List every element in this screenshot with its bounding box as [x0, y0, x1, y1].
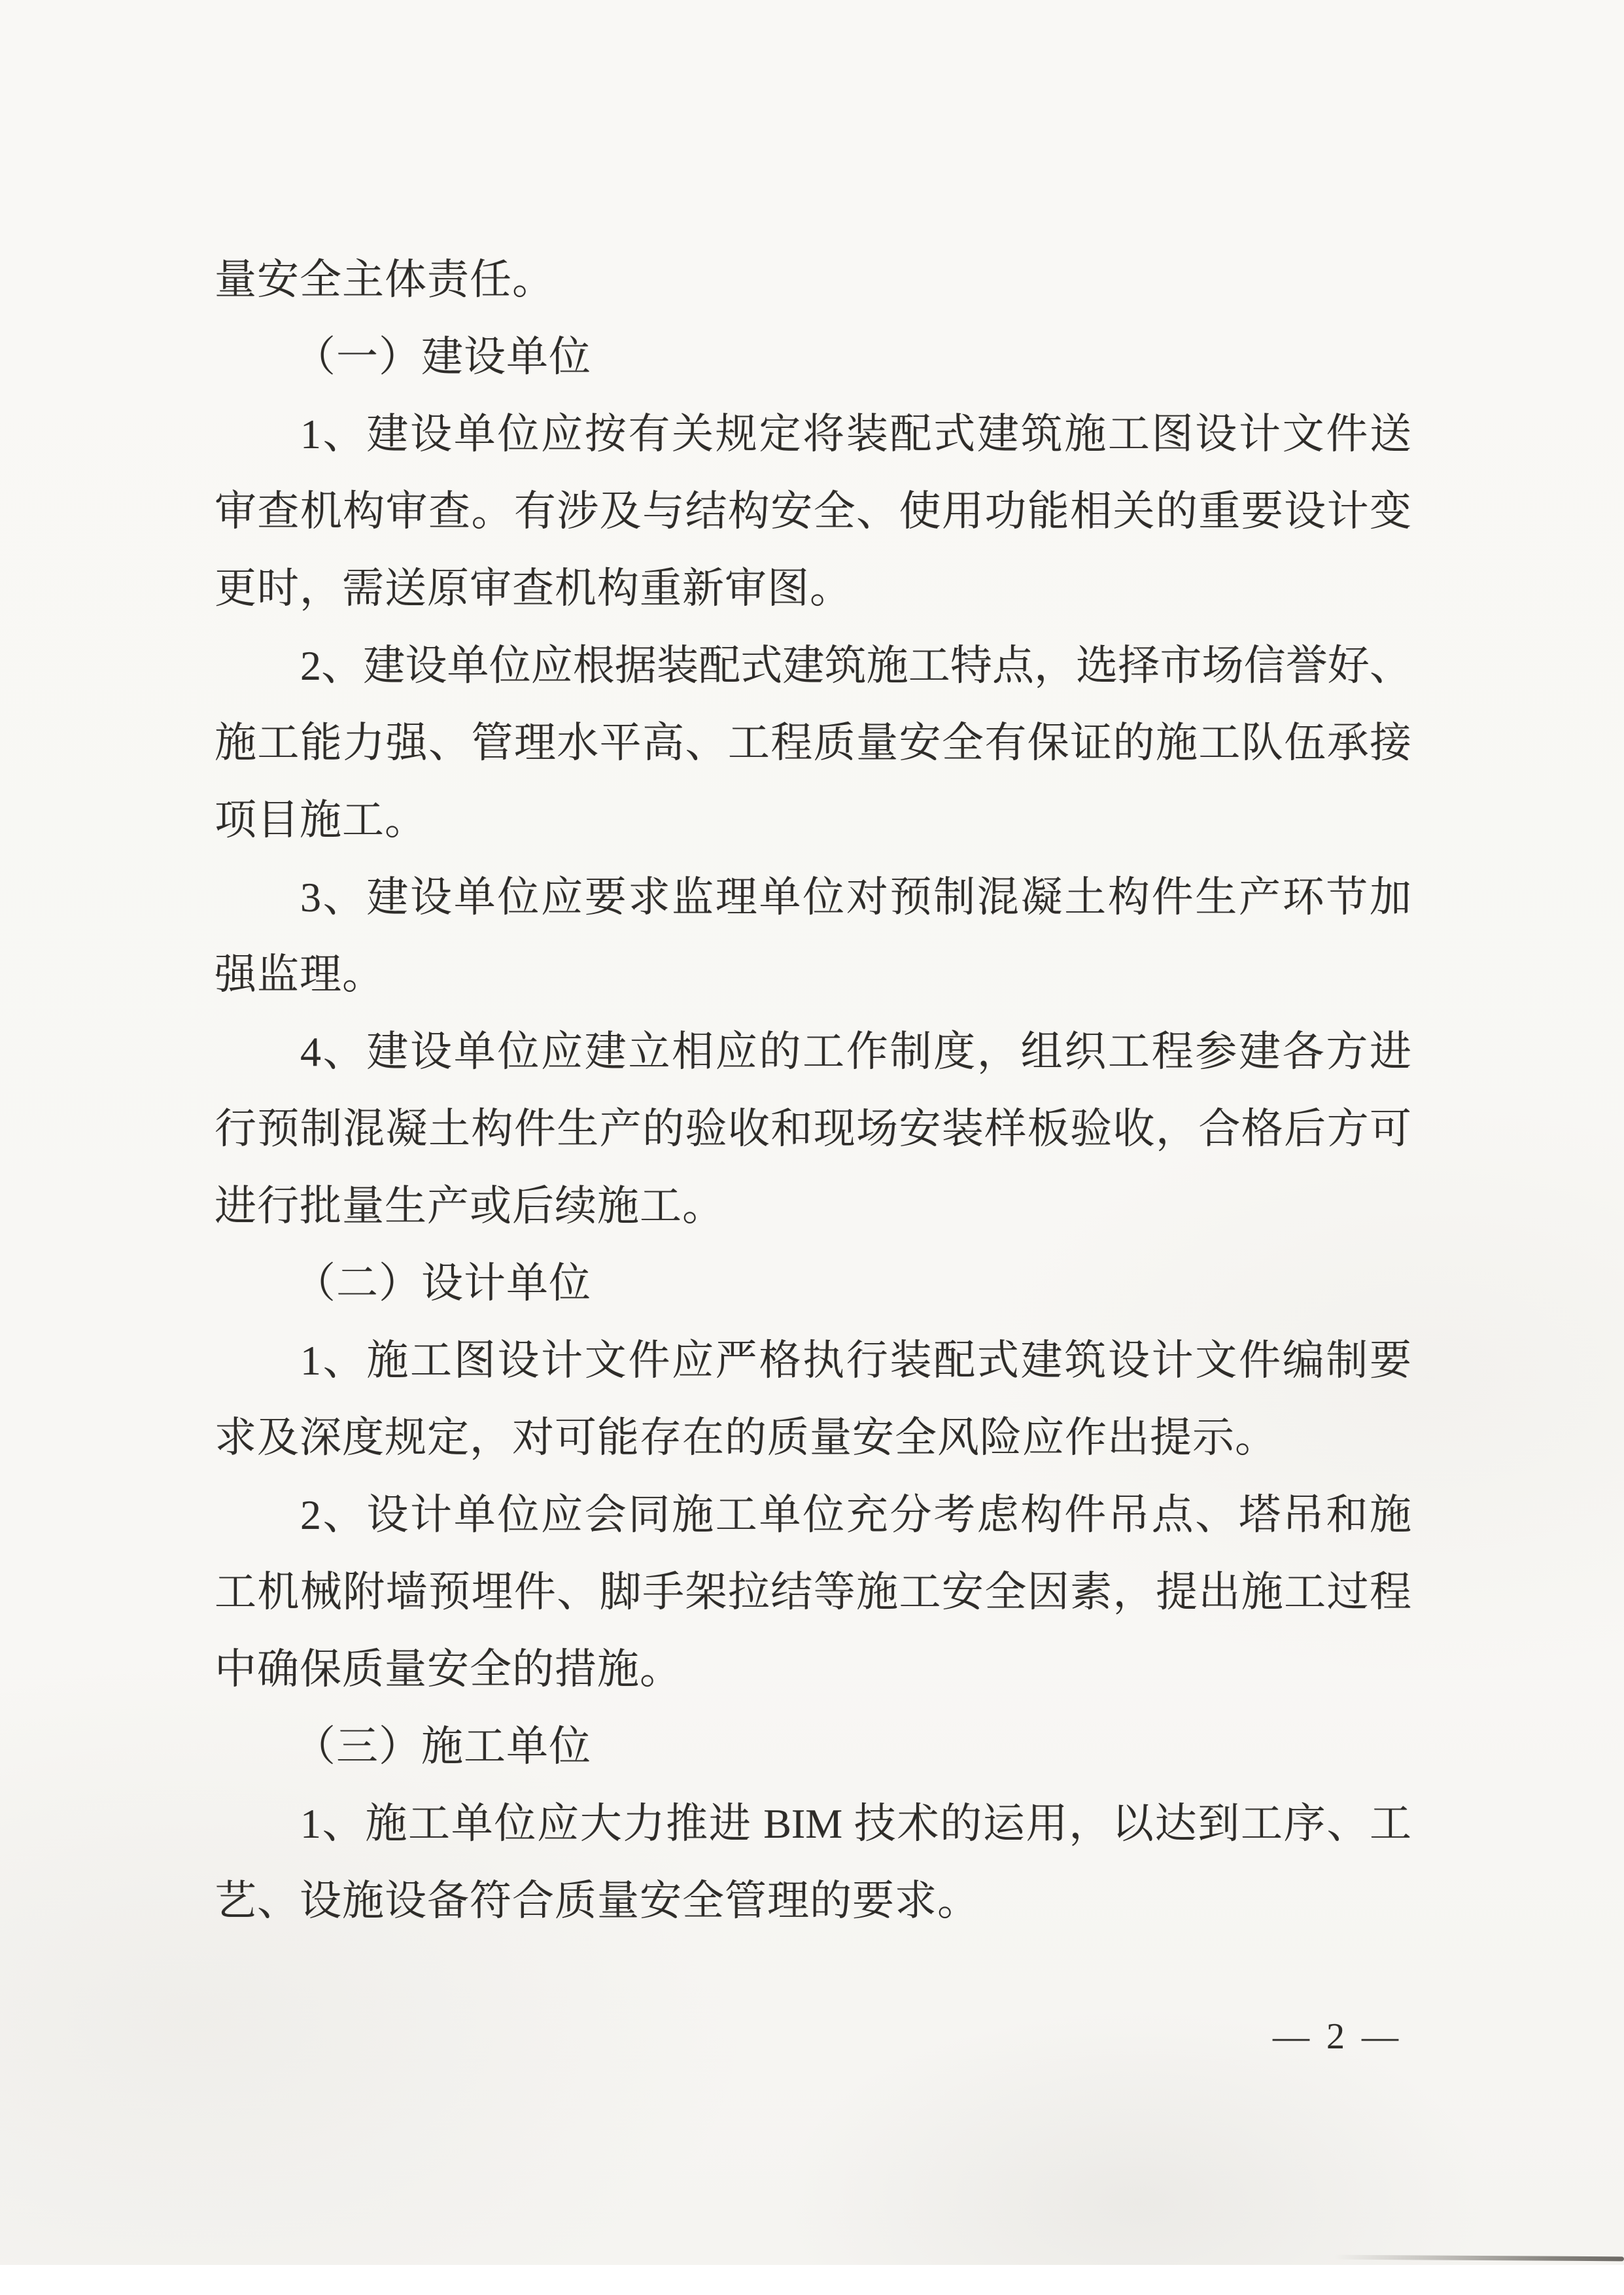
document-line: 量安全主体责任。: [215, 241, 1411, 319]
document-line: 1、施工单位应大力推进 BIM 技术的运用，以达到工序、工: [215, 1785, 1411, 1863]
document-line: 中确保质量安全的措施。: [215, 1631, 1411, 1708]
document-line: 艺、设施设备符合质量安全管理的要求。: [215, 1863, 1411, 1940]
document-body: 量安全主体责任。（一）建设单位1、建设单位应按有关规定将装配式建筑施工图设计文件…: [215, 241, 1411, 1940]
document-line: 求及深度规定，对可能存在的质量安全风险应作出提示。: [215, 1399, 1411, 1477]
document-line: 进行批量生产或后续施工。: [215, 1168, 1411, 1245]
document-line: （三）施工单位: [215, 1708, 1411, 1785]
document-line: （二）设计单位: [215, 1245, 1411, 1322]
document-line: 更时，需送原审查机构重新审图。: [215, 550, 1411, 627]
document-line: 1、建设单位应按有关规定将装配式建筑施工图设计文件送: [215, 396, 1411, 473]
document-line: （一）建设单位: [215, 319, 1411, 396]
document-line: 强监理。: [215, 936, 1411, 1013]
document-line: 3、建设单位应要求监理单位对预制混凝土构件生产环节加: [215, 859, 1411, 936]
page-number: — 2 —: [1246, 2014, 1429, 2059]
document-line: 1、施工图设计文件应严格执行装配式建筑设计文件编制要: [215, 1322, 1411, 1399]
scanned-document-page: 量安全主体责任。（一）建设单位1、建设单位应按有关规定将装配式建筑施工图设计文件…: [0, 0, 1624, 2295]
document-line: 2、建设单位应根据装配式建筑施工特点，选择市场信誉好、: [215, 627, 1411, 705]
document-line: 项目施工。: [215, 782, 1411, 859]
scan-shadow-artifact: [1334, 2255, 1624, 2262]
document-line: 审查机构审查。有涉及与结构安全、使用功能相关的重要设计变: [215, 473, 1411, 550]
scan-bottom-edge: [0, 2265, 1624, 2295]
document-line: 4、建设单位应建立相应的工作制度，组织工程参建各方进: [215, 1013, 1411, 1091]
document-line: 工机械附墙预埋件、脚手架拉结等施工安全因素，提出施工过程: [215, 1554, 1411, 1631]
document-line: 行预制混凝土构件生产的验收和现场安装样板验收，合格后方可: [215, 1091, 1411, 1168]
document-line: 2、设计单位应会同施工单位充分考虑构件吊点、塔吊和施: [215, 1477, 1411, 1554]
document-line: 施工能力强、管理水平高、工程质量安全有保证的施工队伍承接: [215, 705, 1411, 782]
